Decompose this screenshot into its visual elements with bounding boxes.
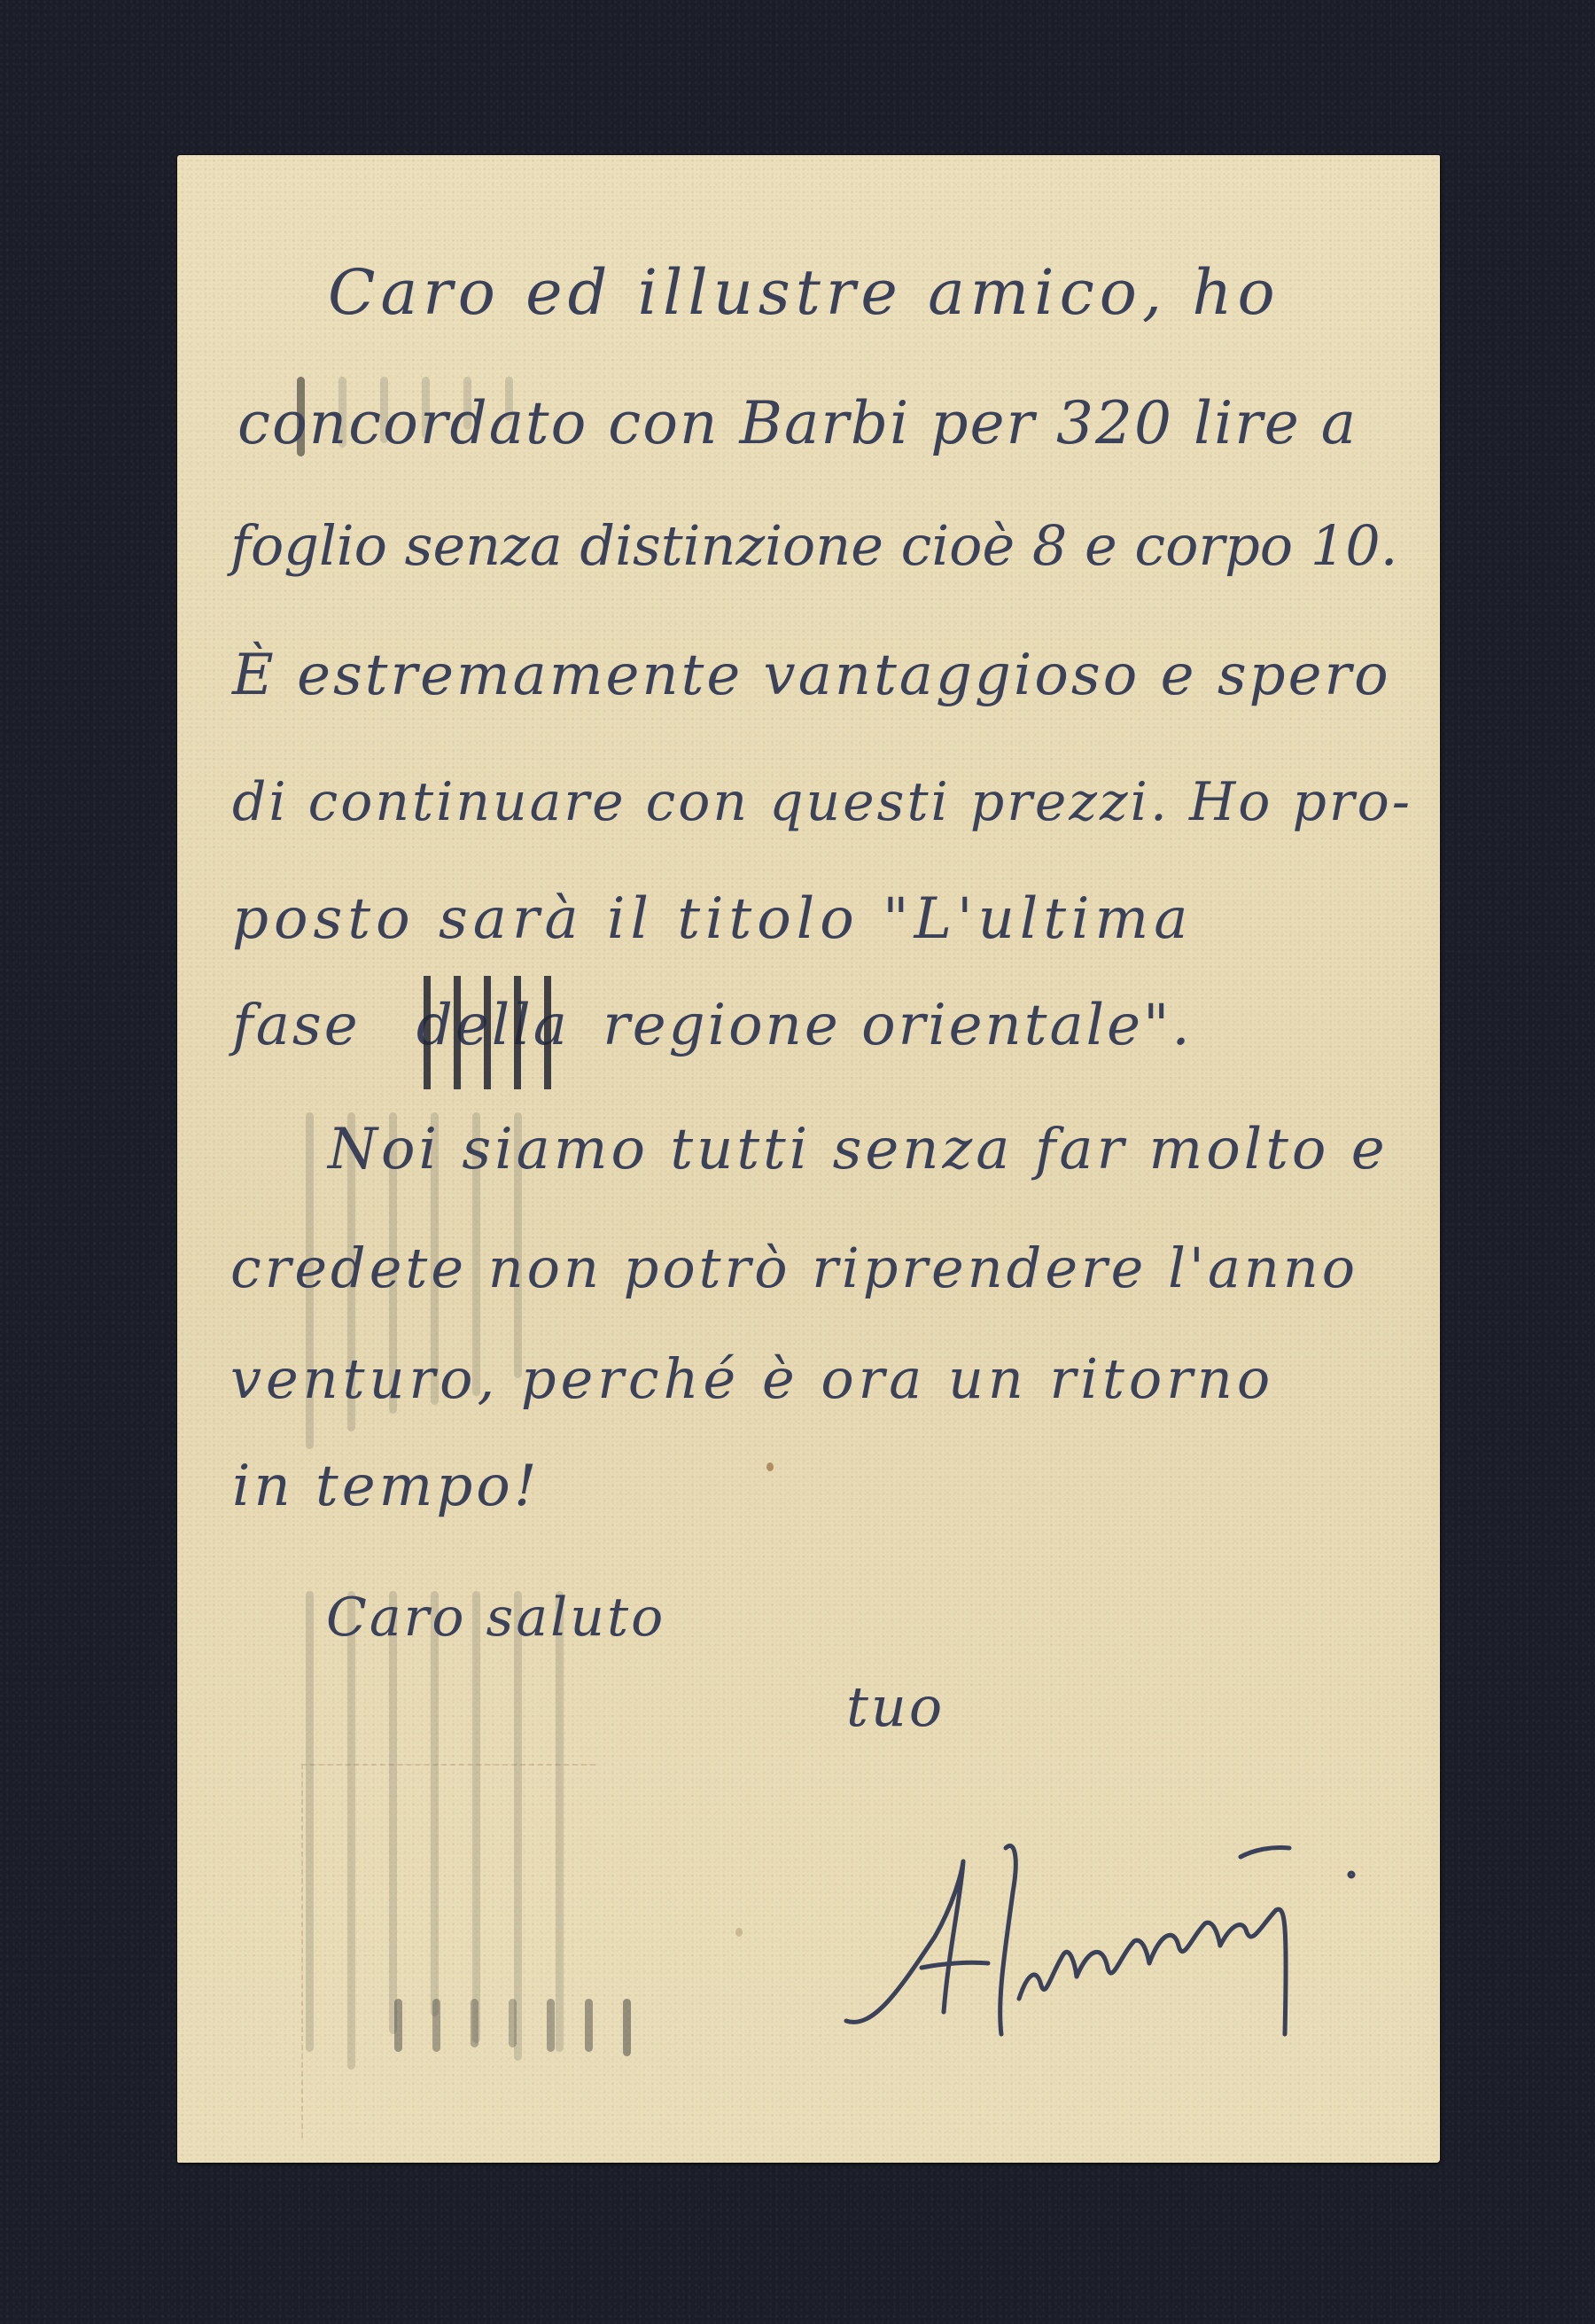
struck-out-word: della: [416, 997, 570, 1054]
postcard: Caro ed illustre amico, ho concordato co…: [177, 155, 1440, 2163]
line-7-start: fase: [232, 993, 361, 1058]
paper-spot: [735, 1928, 743, 1937]
letter-line-2: concordato con Barbi per 320 lire a: [237, 394, 1358, 453]
valediction: tuo: [846, 1680, 945, 1735]
letter-line-11: in tempo!: [232, 1458, 541, 1515]
letter-line-4: È estremamente vantaggioso e spero: [232, 647, 1391, 704]
stamp-outline-showthrough: [301, 1764, 595, 2138]
letter-line-9: credete non potrò riprendere l'anno: [230, 1241, 1358, 1296]
letter-line-10: venturo, perché è ora un ritorno: [230, 1352, 1274, 1407]
letter-line-3: foglio senza distinzione cioè 8 e corpo …: [230, 519, 1397, 573]
paper-spot: [766, 1462, 774, 1471]
letter-line-7: fase della regione orientale".: [232, 997, 1193, 1054]
letter-line-1: Caro ed illustre amico, ho: [328, 261, 1280, 324]
letter-line-5: di continuare con questi prezzi. Ho pro-: [232, 776, 1412, 829]
line-7-end: regione orientale".: [603, 993, 1193, 1058]
signature: A. Gravina: [837, 1821, 1458, 2052]
letter-line-6: posto sarà il titolo "L'ultima: [232, 891, 1193, 948]
letter-line-8: Noi siamo tutti senza far molto e: [328, 1121, 1389, 1178]
signature-flourish-icon: [837, 1821, 1458, 2052]
closing-salutation: Caro saluto: [326, 1591, 665, 1644]
